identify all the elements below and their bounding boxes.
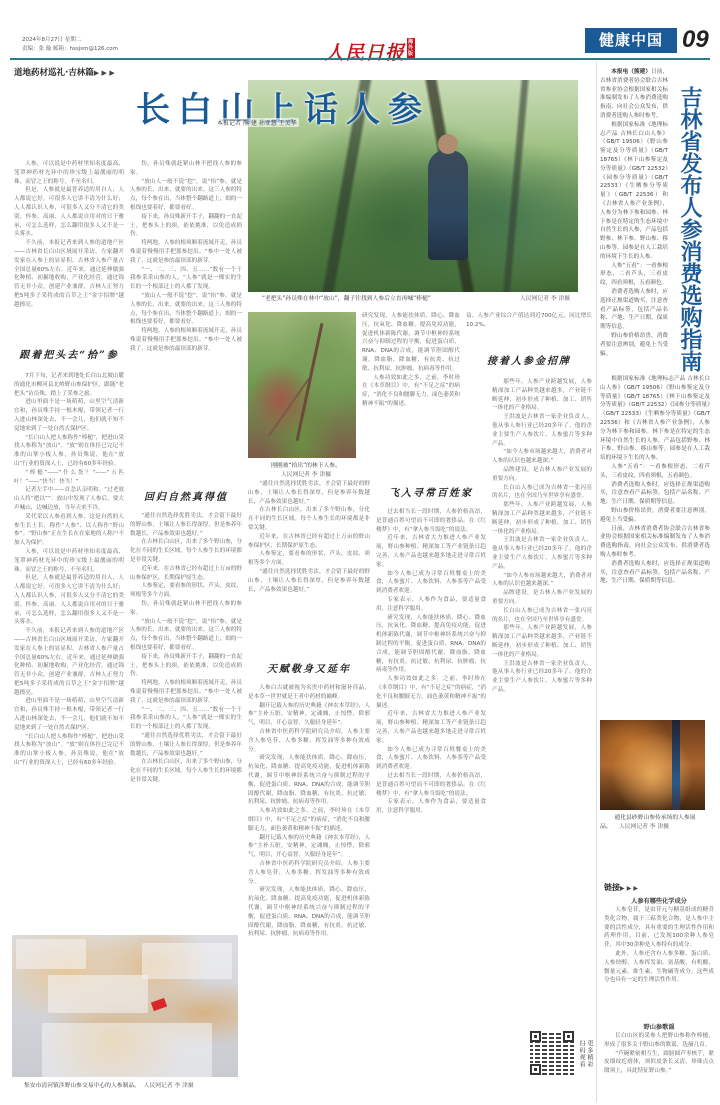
subhead-5: 接着人参金招牌 [466, 352, 592, 367]
sidebar-headline: 吉林省发布人参消费选购指南 [673, 86, 703, 372]
article-column-3-top: “通往自然选择优胜劣汰，才会留下最好的野山参，土壤让人参长得深厚，但是参养年数越… [248, 480, 370, 652]
forest-photo-credit: 人民网记者 李 津摄 [520, 295, 580, 304]
ginseng-products-photo [12, 935, 238, 1077]
tray [48, 975, 148, 1013]
issue-date: 2024年8月27日 星期二 [22, 36, 118, 45]
ginseng-cluster-photo [600, 720, 705, 810]
subhead-3: 天赋敬身又延年 [248, 660, 370, 675]
article-column-1-intro: 人参，可以说是中药材里知名度最高、笼罩神药材光环中的珍宝级上最靓丽的明珠。而冒之… [14, 160, 124, 332]
link-box-title-2: 野山参歌谣 [604, 1022, 714, 1031]
article-byline: 本报记者 熊 建 孙亚慧 王美华 [215, 118, 299, 127]
sidebar-divider [596, 62, 597, 1102]
ginseng-photo-caption: 刚刚被“拾出”的林下人参。 人民网记者 李 津摄 [256, 462, 356, 480]
arrow-icons: ▶ ▶ ▶ [94, 69, 115, 77]
arrow-icons: ▶ ▶ ▶ [620, 885, 638, 892]
photo-stick [672, 720, 680, 810]
tray [16, 939, 86, 969]
masthead-divider [10, 58, 710, 60]
article-column-3-body: 人参白古就被视为名贵中药材和滋补佳品，是本草一世世就是王者中药材的巅峰。 翻开记… [248, 684, 370, 1104]
article-column-5-top: 益。人参产业综合产值达到近700亿元，同比增长10.2%。 [466, 312, 592, 342]
tray [142, 943, 232, 979]
subhead-4: 飞入寻常百姓家 [376, 484, 486, 499]
ginseng-root-photo [248, 312, 356, 458]
column-label: 道地药材巡礼·吉林篇▶ ▶ ▶ [14, 66, 115, 78]
root-stem [296, 323, 324, 441]
link-box-label: 链接▶ ▶ ▶ [604, 882, 638, 893]
red-price-tag [151, 998, 167, 1011]
subhead-2: 回归自然真得值 [130, 488, 242, 503]
article-column-2-top: 伤，孙员殊就赶紧山林不把找人参的参家。 “放山人一般不说“挖”，说“抬”参，就是… [130, 160, 242, 462]
photo-person-figure [428, 150, 468, 260]
qr-finder-icon [563, 1031, 574, 1042]
article-column-4-top: 研究发现，人参能扶体质、降心、降血压，抗氧化、降血糖、提高免疫功能，促进机体新陈… [362, 312, 460, 478]
qr-finder-icon [530, 1064, 541, 1075]
tray [42, 1023, 212, 1077]
qr-finder-icon [530, 1031, 541, 1042]
article-column-1-body: 7月下旬，记者来到地处长白山北坡山麓的通化市柳河县北岭野山参保护区，跟随“老把头… [14, 372, 124, 916]
article-column-5-body: 那些年，人参产业跨越发展，人参精深加工产品种类越来越多，产业链不断延伸，初步形成… [492, 378, 592, 1038]
qr-label: 更多精彩 扫码观看 [577, 1040, 593, 1068]
link-box-title-1: 人参有哪些化学成分 [604, 896, 714, 905]
sidebar-news-brief: 本报电（熊建）日前，吉林省消费者协会联合吉林省参业协会根据国家相关标准编制发布了… [600, 68, 668, 358]
forest-photo-caption: “老把头”孙员殊在林中“放山”，翻子往找到人参后立直再喊“棒槌” [262, 295, 462, 304]
masthead: 2024年8月27日 星期二 责编：张 璇 邮箱：hssjsm@126.com … [10, 0, 710, 58]
subhead-1: 跟着把头去“拾”参 [14, 346, 124, 361]
masthead-meta: 2024年8月27日 星期二 责编：张 璇 邮箱：hssjsm@126.com [22, 36, 118, 54]
cluster-photo-caption: 通化县砂野山参传承场的人参展 品。 人民网记者 李 津摄 [600, 814, 710, 832]
products-photo-caption: 集安市清河镇涉野山参交易中心的人参制品。 人民网记者 李 津摄 [24, 1082, 244, 1091]
logo-edition-tag: 海外版 [407, 38, 415, 58]
article-column-2-body: “通往自然选择优胜劣汰，才会留下最好的野山参，土壤让人参长得深厚，但是参养年数越… [130, 512, 242, 920]
section-title: 健康中国 [585, 28, 677, 53]
article-column-4-body: 过去相当长一段时期，人参价格高昂，是普通百姓可望而不可即的奢侈品。在《红楼梦》中… [376, 508, 486, 1104]
newspaper-logo: 人民日报海外版 [325, 38, 415, 65]
sidebar-news-brief-continued: 根据国家标准《地理标志产品 吉林长白山人参》（GB/T 19506）《野山参鉴定… [600, 375, 710, 715]
link-box-text-2: 长白山区的采参人把野山参称作棒槌，形成了很多关于野山参的歌谣，选摘几首。 “芦碗… [604, 1032, 714, 1102]
link-box-text-1: 人参皂苷，是由苷元与糖基组成的糖苷类化合物，属于三萜类化合物，是人参中主要的活性… [604, 906, 714, 1016]
editor-line: 责编：张 璇 邮箱：hssjsm@126.com [22, 45, 118, 54]
qr-code[interactable] [530, 1031, 574, 1075]
page-number: 09 [682, 26, 709, 54]
